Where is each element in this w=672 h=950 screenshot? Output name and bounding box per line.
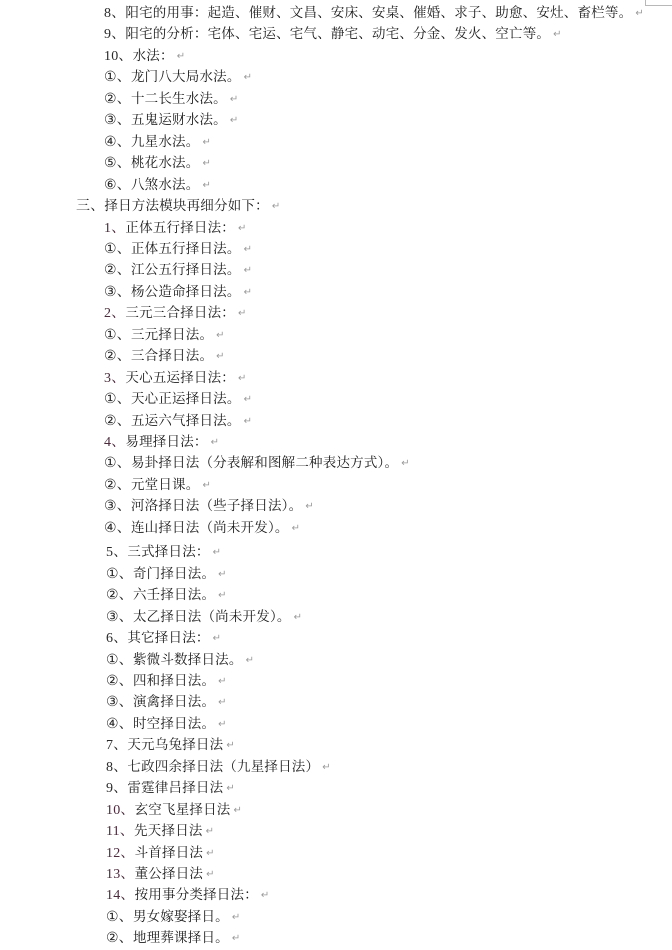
item-text: 五鬼运财水法。 <box>131 112 227 128</box>
item-number: ①、 <box>106 910 133 925</box>
list-item: ④、连山择日法（尚未开发）。↵ <box>104 518 300 538</box>
item-number: 1、 <box>104 221 125 236</box>
list-item: 9、雷霆律吕择日法↵ <box>106 778 235 798</box>
item-text: 董公择日法 <box>135 866 204 882</box>
list-item: ②、三合择日法。↵ <box>104 346 225 366</box>
item-number: ②、 <box>104 349 131 364</box>
item-text: 时空择日法。 <box>133 716 215 732</box>
list-item: ①、奇门择日法。↵ <box>106 564 227 584</box>
paragraph-mark-icon: ↵ <box>218 676 227 687</box>
paragraph-mark-icon: ↵ <box>206 848 215 859</box>
item-number: ①、 <box>104 70 131 85</box>
list-item: ①、天心正运择日法。↵ <box>104 389 252 409</box>
item-number: 9、 <box>104 27 125 42</box>
paragraph-mark-icon: ↵ <box>213 547 222 558</box>
item-number: ⑥、 <box>104 178 131 193</box>
list-item: ②、五运六气择日法。↵ <box>104 411 252 431</box>
item-text: 六壬择日法。 <box>133 587 215 603</box>
section-number: 三、 <box>76 199 104 214</box>
list-item: ②、地理葬课择日。↵ <box>106 928 240 948</box>
paragraph-mark-icon: ↵ <box>635 8 644 19</box>
item-text: 天心正运择日法。 <box>131 391 241 407</box>
item-number: 14、 <box>106 888 135 903</box>
page-corner-mark <box>645 0 672 6</box>
item-number: ③、 <box>106 695 133 710</box>
paragraph-mark-icon: ↵ <box>238 223 247 234</box>
item-text: 九星水法。 <box>131 134 200 150</box>
list-item: ①、男女嫁娶择日。↵ <box>106 907 240 927</box>
item-text: 男女嫁娶择日。 <box>133 909 229 925</box>
list-item: ⑥、八煞水法。↵ <box>104 175 211 195</box>
item-number: 6、 <box>106 631 127 646</box>
item-number: ④、 <box>106 717 133 732</box>
list-item: 8、阳宅的用事：起造、催财、文昌、安床、安桌、催婚、求子、助愈、安灶、畜栏等。↵ <box>104 3 644 23</box>
list-item: 12、斗首择日法↵ <box>106 843 215 863</box>
item-text: 易理择日法： <box>125 434 207 450</box>
item-number: ②、 <box>104 414 131 429</box>
item-number: 10、 <box>104 49 133 64</box>
item-number: ⑤、 <box>104 156 131 171</box>
item-text: 十二长生水法。 <box>131 91 227 107</box>
paragraph-mark-icon: ↵ <box>244 72 253 83</box>
item-text: 三式择日法： <box>127 544 209 560</box>
item-text: 其它择日法： <box>127 630 209 646</box>
item-text: 地理葬课择日。 <box>133 930 229 946</box>
list-item: ②、江公五行择日法。↵ <box>104 260 252 280</box>
paragraph-mark-icon: ↵ <box>216 330 225 341</box>
list-item: ③、杨公造命择日法。↵ <box>104 282 252 302</box>
list-item: 13、董公择日法↵ <box>106 864 215 884</box>
list-item: ②、元堂日课。↵ <box>104 475 211 495</box>
list-item: ③、太乙择日法（尚未开发）。↵ <box>106 607 302 627</box>
paragraph-mark-icon: ↵ <box>202 480 211 491</box>
item-number: ③、 <box>104 285 131 300</box>
list-item: ③、河洛择日法（些子择日法）。↵ <box>104 496 314 516</box>
item-text: 阳宅的用事：起造、催财、文昌、安床、安桌、催婚、求子、助愈、安灶、畜栏等。 <box>125 5 632 21</box>
item-number: ④、 <box>104 135 131 150</box>
item-number: 5、 <box>106 545 127 560</box>
paragraph-mark-icon: ↵ <box>218 697 227 708</box>
paragraph-mark-icon: ↵ <box>244 244 253 255</box>
paragraph-mark-icon: ↵ <box>232 933 241 944</box>
item-text: 七政四余择日法（九星择日法） <box>127 759 319 775</box>
item-number: 8、 <box>106 760 127 775</box>
paragraph-mark-icon: ↵ <box>292 523 301 534</box>
item-text: 四和择日法。 <box>133 673 215 689</box>
paragraph-mark-icon: ↵ <box>244 287 253 298</box>
paragraph-mark-icon: ↵ <box>206 826 215 837</box>
list-item: ①、正体五行择日法。↵ <box>104 239 252 259</box>
item-text: 天心五运择日法： <box>125 370 235 386</box>
item-text: 斗首择日法 <box>135 845 204 861</box>
paragraph-mark-icon: ↵ <box>232 912 241 923</box>
list-item: 11、先天择日法↵ <box>106 821 214 841</box>
paragraph-mark-icon: ↵ <box>218 590 227 601</box>
paragraph-mark-icon: ↵ <box>230 115 239 126</box>
item-text: 龙门八大局水法。 <box>131 69 241 85</box>
list-item: 6、其它择日法：↵ <box>106 628 221 648</box>
paragraph-mark-icon: ↵ <box>202 180 211 191</box>
section-title: 择日方法模块再细分如下： <box>104 198 268 214</box>
item-number: 10、 <box>106 803 135 818</box>
list-item: 10、玄空飞星择日法↵ <box>106 800 242 820</box>
paragraph-mark-icon: ↵ <box>272 201 281 212</box>
item-number: ②、 <box>104 478 131 493</box>
item-text: 三元择日法。 <box>131 327 213 343</box>
item-text: 水法： <box>133 48 174 64</box>
paragraph-mark-icon: ↵ <box>244 394 253 405</box>
paragraph-mark-icon: ↵ <box>238 308 247 319</box>
list-item: 9、阳宅的分析：宅体、宅运、宅气、静宅、动宅、分金、发火、空亡等。↵ <box>104 24 562 44</box>
item-text: 天元乌兔择日法 <box>127 737 223 753</box>
item-number: ④、 <box>104 521 131 536</box>
item-number: ②、 <box>104 92 131 107</box>
paragraph-mark-icon: ↵ <box>234 805 243 816</box>
item-text: 易卦择日法（分表解和图解二种表达方式）。 <box>131 455 398 471</box>
item-number: 12、 <box>106 846 135 861</box>
item-text: 江公五行择日法。 <box>131 262 241 278</box>
paragraph-mark-icon: ↵ <box>213 633 222 644</box>
paragraph-mark-icon: ↵ <box>226 740 235 751</box>
paragraph-mark-icon: ↵ <box>218 569 227 580</box>
list-item: ⑤、桃花水法。↵ <box>104 153 211 173</box>
item-text: 玄空飞星择日法 <box>135 802 231 818</box>
item-number: ①、 <box>106 567 133 582</box>
item-text: 太乙择日法（尚未开发）。 <box>133 609 291 625</box>
item-number: 13、 <box>106 867 135 882</box>
item-number: ①、 <box>106 653 133 668</box>
item-number: ③、 <box>104 499 131 514</box>
list-item: ②、十二长生水法。↵ <box>104 89 238 109</box>
item-text: 阳宅的分析：宅体、宅运、宅气、静宅、动宅、分金、发火、空亡等。 <box>125 26 550 42</box>
item-number: ③、 <box>106 610 133 625</box>
list-item: ①、龙门八大局水法。↵ <box>104 67 252 87</box>
item-number: 2、 <box>104 306 125 321</box>
paragraph-mark-icon: ↵ <box>238 373 247 384</box>
item-text: 元堂日课。 <box>131 477 200 493</box>
list-item: ①、紫微斗数择日法。↵ <box>106 650 254 670</box>
list-item: ③、五鬼运财水法。↵ <box>104 110 238 130</box>
section-heading: 三、择日方法模块再细分如下：↵ <box>76 196 280 216</box>
list-item: ③、演禽择日法。↵ <box>106 692 227 712</box>
paragraph-mark-icon: ↵ <box>244 416 253 427</box>
list-item: ②、六壬择日法。↵ <box>106 585 227 605</box>
paragraph-mark-icon: ↵ <box>246 655 255 666</box>
item-text: 演禽择日法。 <box>133 694 215 710</box>
item-text: 三元三合择日法： <box>125 305 235 321</box>
item-number: ③、 <box>104 113 131 128</box>
list-item: 7、天元乌兔择日法↵ <box>106 735 235 755</box>
paragraph-mark-icon: ↵ <box>230 94 239 105</box>
paragraph-mark-icon: ↵ <box>218 719 227 730</box>
paragraph-mark-icon: ↵ <box>553 29 562 40</box>
paragraph-mark-icon: ↵ <box>202 137 211 148</box>
list-item: 4、易理择日法：↵ <box>104 432 219 452</box>
list-item: ④、九星水法。↵ <box>104 132 211 152</box>
item-number: ①、 <box>104 392 131 407</box>
item-text: 按用事分类择日法： <box>135 887 258 903</box>
item-number: ②、 <box>106 674 133 689</box>
item-text: 紫微斗数择日法。 <box>133 652 243 668</box>
item-number: 4、 <box>104 435 125 450</box>
list-item: 1、正体五行择日法：↵ <box>104 218 247 238</box>
paragraph-mark-icon: ↵ <box>177 51 186 62</box>
paragraph-mark-icon: ↵ <box>294 612 303 623</box>
list-item: ②、四和择日法。↵ <box>106 671 227 691</box>
item-text: 正体五行择日法。 <box>131 241 241 257</box>
list-item: ①、易卦择日法（分表解和图解二种表达方式）。↵ <box>104 453 410 473</box>
paragraph-mark-icon: ↵ <box>305 501 314 512</box>
list-item: ④、时空择日法。↵ <box>106 714 227 734</box>
list-item: 14、按用事分类择日法：↵ <box>106 885 270 905</box>
paragraph-mark-icon: ↵ <box>401 458 410 469</box>
paragraph-mark-icon: ↵ <box>206 869 215 880</box>
paragraph-mark-icon: ↵ <box>322 762 331 773</box>
paragraph-mark-icon: ↵ <box>261 890 270 901</box>
item-number: 9、 <box>106 781 127 796</box>
item-text: 杨公造命择日法。 <box>131 284 241 300</box>
list-item: 5、三式择日法：↵ <box>106 542 221 562</box>
item-number: 7、 <box>106 738 127 753</box>
paragraph-mark-icon: ↵ <box>211 437 220 448</box>
list-item: 2、三元三合择日法：↵ <box>104 303 247 323</box>
item-text: 五运六气择日法。 <box>131 413 241 429</box>
paragraph-mark-icon: ↵ <box>226 783 235 794</box>
item-number: 3、 <box>104 371 125 386</box>
item-text: 河洛择日法（些子择日法）。 <box>131 498 302 514</box>
item-number: ②、 <box>106 588 133 603</box>
list-item: 3、天心五运择日法：↵ <box>104 368 247 388</box>
item-text: 奇门择日法。 <box>133 566 215 582</box>
item-text: 连山择日法（尚未开发）。 <box>131 520 289 536</box>
item-number: 8、 <box>104 6 125 21</box>
item-text: 正体五行择日法： <box>125 220 235 236</box>
item-number: ①、 <box>104 328 131 343</box>
paragraph-mark-icon: ↵ <box>202 158 211 169</box>
item-text: 雷霆律吕择日法 <box>127 780 223 796</box>
paragraph-mark-icon: ↵ <box>244 265 253 276</box>
item-text: 三合择日法。 <box>131 348 213 364</box>
item-text: 八煞水法。 <box>131 177 200 193</box>
list-item: ①、三元择日法。↵ <box>104 325 225 345</box>
item-text: 桃花水法。 <box>131 155 200 171</box>
item-number: ①、 <box>104 242 131 257</box>
item-number: ②、 <box>106 931 133 946</box>
item-text: 先天择日法 <box>134 823 203 839</box>
paragraph-mark-icon: ↵ <box>216 351 225 362</box>
list-item: 10、水法：↵ <box>104 46 185 66</box>
list-item: 8、七政四余择日法（九星择日法）↵ <box>106 757 331 777</box>
item-number: 11、 <box>106 824 134 839</box>
item-number: ②、 <box>104 263 131 278</box>
item-number: ①、 <box>104 456 131 471</box>
